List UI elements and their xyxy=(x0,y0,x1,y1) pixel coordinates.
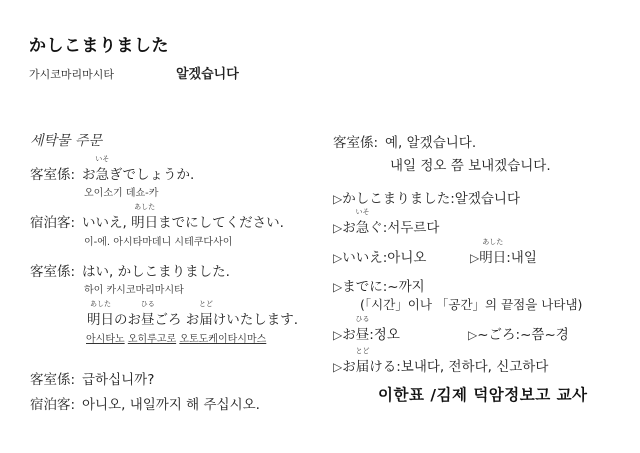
speaker-label: 客室係: xyxy=(30,163,82,183)
dialogue-pronunciation-3: 하이 카시코마리마시타 xyxy=(84,281,184,296)
dialogue-pronunciation-2: 이-에. 아시타마데니 시테쿠다사이 xyxy=(84,233,232,248)
ruby-kanji: 明日あした xyxy=(131,211,158,231)
speaker-label: 宿泊客: xyxy=(30,393,82,413)
triangle-right-icon: ▷ xyxy=(333,251,342,265)
dialogue-text: はい, かしこまりました. xyxy=(82,264,230,280)
speaker-label: 客室係: xyxy=(30,260,82,280)
dialogue-text: いいえ, xyxy=(82,215,131,231)
vocab-item: ▷お昼ひる:정오 xyxy=(333,323,400,343)
section-title: 세탁물 주문 xyxy=(30,130,102,150)
dialogue-pronunciation-4: 아시타노 오히루고로 오토도케이타시마스 xyxy=(86,330,266,345)
ruby-kanji: 明日あした xyxy=(87,308,114,328)
translation-line-1: 客室係:급하십니까? xyxy=(30,368,154,388)
vocab-item: ▷お急いそぐ:서두르다 xyxy=(333,216,439,236)
dialogue-line-2: 宿泊客:いいえ, 明日あしたまでにしてください. xyxy=(30,211,284,231)
page-title: かしこまりました xyxy=(29,31,169,56)
dialogue-line-1: 客室係:お急いそぎでしょうか. xyxy=(30,163,194,183)
ruby-kanji: 急いそ xyxy=(96,163,110,183)
triangle-right-icon: ▷ xyxy=(333,221,342,235)
vocab-item: ▷~ごろ:~쯤~경 xyxy=(468,323,569,343)
speaker-label: 客室係: xyxy=(333,131,385,151)
vocab-note: (「시간」이나 「공간」의 끝점을 나타냄) xyxy=(360,295,582,313)
dialogue-line-4: 明日あしたのお昼ひるごろ お届とどけいたします. xyxy=(87,308,298,328)
vocab-item: ▷お届とどける:보내다, 전하다, 신고하다 xyxy=(333,355,548,375)
triangle-right-icon: ▷ xyxy=(468,328,477,342)
ruby-kanji: 昼ひる xyxy=(141,308,155,328)
author-credit: 이한표 /김제 덕암정보고 교사 xyxy=(378,383,588,405)
vocab-item: ▷までに:~까지 xyxy=(333,275,425,295)
speaker-label: 宿泊客: xyxy=(30,211,82,231)
translation-line-2: 宿泊客:아니오, 내일까지 해 주십시오. xyxy=(30,393,260,413)
title-pronunciation: 가시코마리마시타 xyxy=(29,66,114,82)
dialogue-line-3: 客室係:はい, かしこまりました. xyxy=(30,260,230,280)
triangle-right-icon: ▷ xyxy=(333,328,342,342)
vocab-item: ▷かしこまりました:알겠습니다 xyxy=(333,187,520,207)
triangle-right-icon: ▷ xyxy=(333,192,342,206)
title-meaning: 알겠습니다 xyxy=(176,63,239,82)
dialogue-text: までにしてください. xyxy=(158,215,284,231)
translation-line-4: 내일 정오 쯤 보내겠습니다. xyxy=(390,154,551,174)
dialogue-pronunciation-1: 오이소기 데쇼-카 xyxy=(84,184,158,199)
dialogue-text: ぎでしょうか. xyxy=(109,167,194,183)
speaker-label: 客室係: xyxy=(30,368,82,388)
triangle-right-icon: ▷ xyxy=(333,280,342,294)
translation-line-3: 客室係:예, 알겠습니다. xyxy=(333,131,476,151)
vocab-item: ▷明日あした:내일 xyxy=(470,246,537,266)
triangle-right-icon: ▷ xyxy=(470,251,479,265)
triangle-right-icon: ▷ xyxy=(333,360,342,374)
ruby-kanji: 届とど xyxy=(199,308,213,328)
dialogue-text: お xyxy=(82,167,96,183)
vocab-item: ▷いいえ:아니오 xyxy=(333,246,426,266)
